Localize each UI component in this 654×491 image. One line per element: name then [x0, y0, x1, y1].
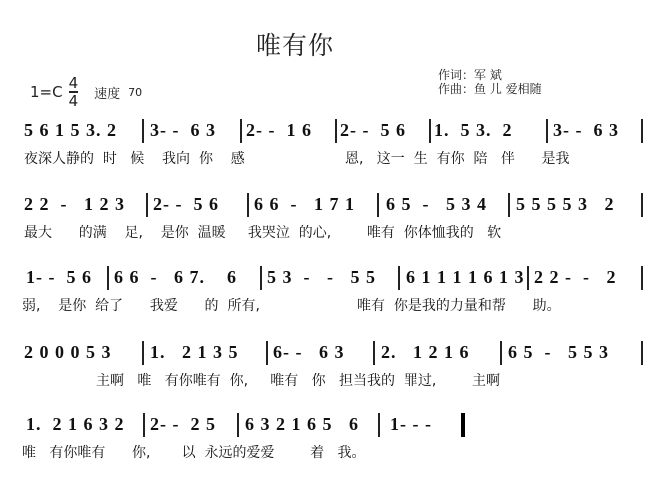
measure: 1. 2 1 6 3 2: [26, 412, 125, 436]
lyricist: 作词：军 斌: [438, 68, 542, 82]
measure: 2 2 - 1 2 3: [24, 192, 125, 216]
measure: 2- - 5 6: [340, 118, 406, 142]
barline: [142, 341, 144, 365]
lyric-line: 唯有 你是我的力量和帮 助。: [357, 295, 561, 315]
tempo-label: 速度: [94, 83, 120, 102]
barline: [378, 413, 380, 437]
measure: 1- - -: [390, 412, 432, 436]
lyric-line: 唯 有你唯有 你, 以 永远的爱爱 着 我。: [22, 442, 366, 462]
measure: 6 5 - 5 3 4: [386, 192, 487, 216]
barline: [260, 266, 262, 290]
measure: 6 6 - 1 7 1: [254, 192, 355, 216]
barline: [146, 193, 148, 217]
barline: [240, 119, 242, 143]
key-label: 1=C: [30, 83, 63, 101]
barline: [335, 119, 337, 143]
lyric-line: 弱, 是你 给了 我爱 的 所有,: [22, 295, 260, 315]
notes-line: 1. 2 1 6 3 22- - 2 56 3 2 1 6 5 61- - -: [0, 412, 654, 438]
measure: 3- - 6 3: [553, 118, 619, 142]
tempo-value: 70: [128, 86, 142, 99]
barline: [641, 119, 643, 143]
composer: 作曲：鱼 儿 爱相随: [438, 82, 542, 96]
measure: 5 5 5 5 3 2: [516, 192, 615, 216]
barline: [546, 119, 548, 143]
barline: [641, 341, 643, 365]
barline: [247, 193, 249, 217]
measure: 5 6 1 5 3. 2: [24, 118, 117, 142]
lyric-line: 主啊 唯 有你唯有 你, 唯有 你 担当我的 罪过, 主啊: [96, 370, 500, 390]
measure: 6 6 - 6 7. 6: [114, 265, 237, 289]
key-signature: 1=C 4 4 速度 70: [30, 76, 142, 108]
song-title: 唯有你: [0, 26, 590, 62]
notes-line: 2 0 0 0 5 31. 2 1 3 56- - 6 32. 1 2 1 66…: [0, 340, 654, 366]
time-top: 4: [69, 76, 79, 90]
lyric-line: 恩, 这一 生 有你 陪 伴 是我: [345, 148, 570, 168]
measure: 1. 5 3. 2: [434, 118, 513, 142]
barline: [142, 119, 144, 143]
measure: 2 0 0 0 5 3: [24, 340, 112, 364]
measure: 2- - 1 6: [246, 118, 312, 142]
measure: 2. 1 2 1 6: [381, 340, 470, 364]
measure: 5 3 - - 5 5: [267, 265, 376, 289]
barline: [641, 266, 643, 290]
measure: 2- - 5 6: [153, 192, 219, 216]
barline: [461, 413, 465, 437]
measure: 6- - 6 3: [273, 340, 345, 364]
measure: 2- - 2 5: [150, 412, 216, 436]
barline: [500, 341, 502, 365]
measure: 6 5 - 5 5 3: [508, 340, 609, 364]
measure: 6 1 1 1 1 6 1 3: [406, 265, 525, 289]
measure: 3- - 6 3: [150, 118, 216, 142]
time-signature: 4 4: [69, 76, 79, 108]
measure: 2 2 - - 2: [534, 265, 617, 289]
barline: [527, 266, 529, 290]
barline: [508, 193, 510, 217]
time-bottom: 4: [69, 94, 79, 108]
notes-line: 2 2 - 1 2 32- - 5 66 6 - 1 7 16 5 - 5 3 …: [0, 192, 654, 218]
barline: [377, 193, 379, 217]
barline: [429, 119, 431, 143]
barline: [107, 266, 109, 290]
barline: [641, 193, 643, 217]
barline: [266, 341, 268, 365]
barline: [398, 266, 400, 290]
lyric-line: 夜深人静的 时 候 我向 你 感: [24, 148, 245, 168]
barline: [143, 413, 145, 437]
barline: [373, 341, 375, 365]
notes-line: 1- - 5 66 6 - 6 7. 65 3 - - 5 56 1 1 1 1…: [0, 265, 654, 291]
measure: 1- - 5 6: [26, 265, 92, 289]
lyric-line: 最大 的满 足, 是你 温暖 我哭泣 的心, 唯有 你体恤我的 软: [24, 222, 501, 242]
measure: 1. 2 1 3 5: [150, 340, 239, 364]
notes-line: 5 6 1 5 3. 23- - 6 32- - 1 62- - 5 61. 5…: [0, 118, 654, 144]
barline: [237, 413, 239, 437]
measure: 6 3 2 1 6 5 6: [245, 412, 359, 436]
credits: 作词：军 斌 作曲：鱼 儿 爱相随: [438, 68, 542, 96]
